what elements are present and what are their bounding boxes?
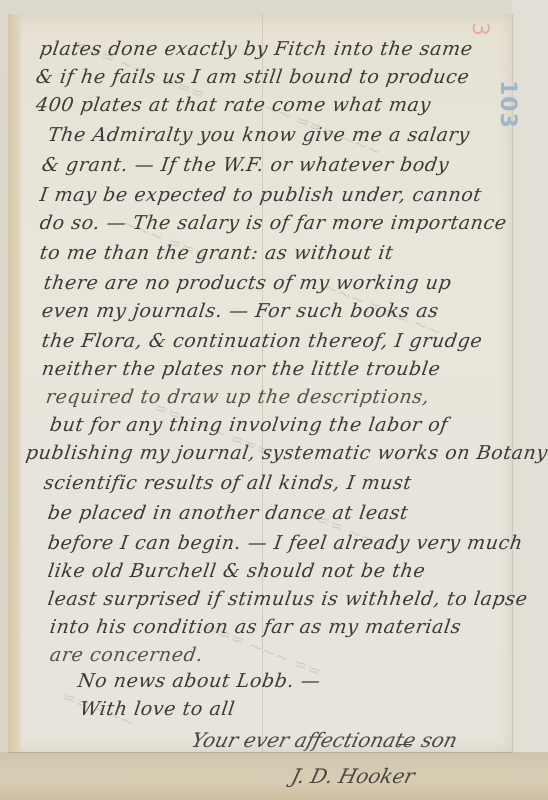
- letter-line: there are no products of my working up: [42, 272, 452, 294]
- letter-line: scientific results of all kinds, I must: [42, 472, 413, 494]
- closing-dash: [398, 744, 412, 745]
- folio-number-red: 3: [467, 22, 492, 36]
- letter-line: to me than the grant: as without it: [38, 242, 394, 264]
- postscript-line: With love to all: [78, 698, 236, 720]
- letter-line: be placed in another dance at least: [46, 502, 409, 524]
- letter-line: 400 plates at that rate come what may: [34, 94, 432, 116]
- letter-line: like old Burchell & should not be the: [46, 560, 426, 582]
- letter-line: plates done exactly by Fitch into the sa…: [38, 38, 474, 60]
- postscript-line: No news about Lobb. —: [76, 670, 322, 692]
- letter-line: neither the plates nor the little troubl…: [40, 358, 441, 380]
- folio-number-blue: 103: [495, 80, 520, 129]
- mount-bottom-edge: [0, 752, 548, 800]
- letter-line: before I can begin. — I feel already ver…: [46, 532, 524, 554]
- letter-line: publishing my journal, systematic works …: [24, 442, 548, 464]
- letter-line: into his condition as far as my material…: [48, 616, 462, 638]
- letter-line: the Flora, & continuation thereof, I gru…: [40, 330, 483, 352]
- letter-line: are concerned.: [48, 644, 204, 666]
- letter-line: do so. — The salary is of far more impor…: [38, 212, 508, 234]
- sheet-left-edge-stain: [8, 14, 22, 752]
- signature: J. D. Hooker: [289, 764, 417, 788]
- letter-line: & grant. — If the W.F. or whatever body: [40, 154, 450, 176]
- letter-line: even my journals. — For such books as: [40, 300, 440, 322]
- letter-line: required to draw up the descriptions,: [44, 386, 431, 408]
- closing-line: Your ever affectionate son: [189, 728, 460, 752]
- letter-line: least surprised if stimulus is withheld,…: [46, 588, 529, 610]
- letter-line: I may be expected to publish under, cann…: [38, 184, 483, 206]
- letter-line: The Admiralty you know give me a salary: [46, 124, 471, 146]
- letter-line: & if he fails us I am still bound to pro…: [34, 66, 470, 88]
- letter-line: but for any thing involving the labor of: [48, 414, 449, 436]
